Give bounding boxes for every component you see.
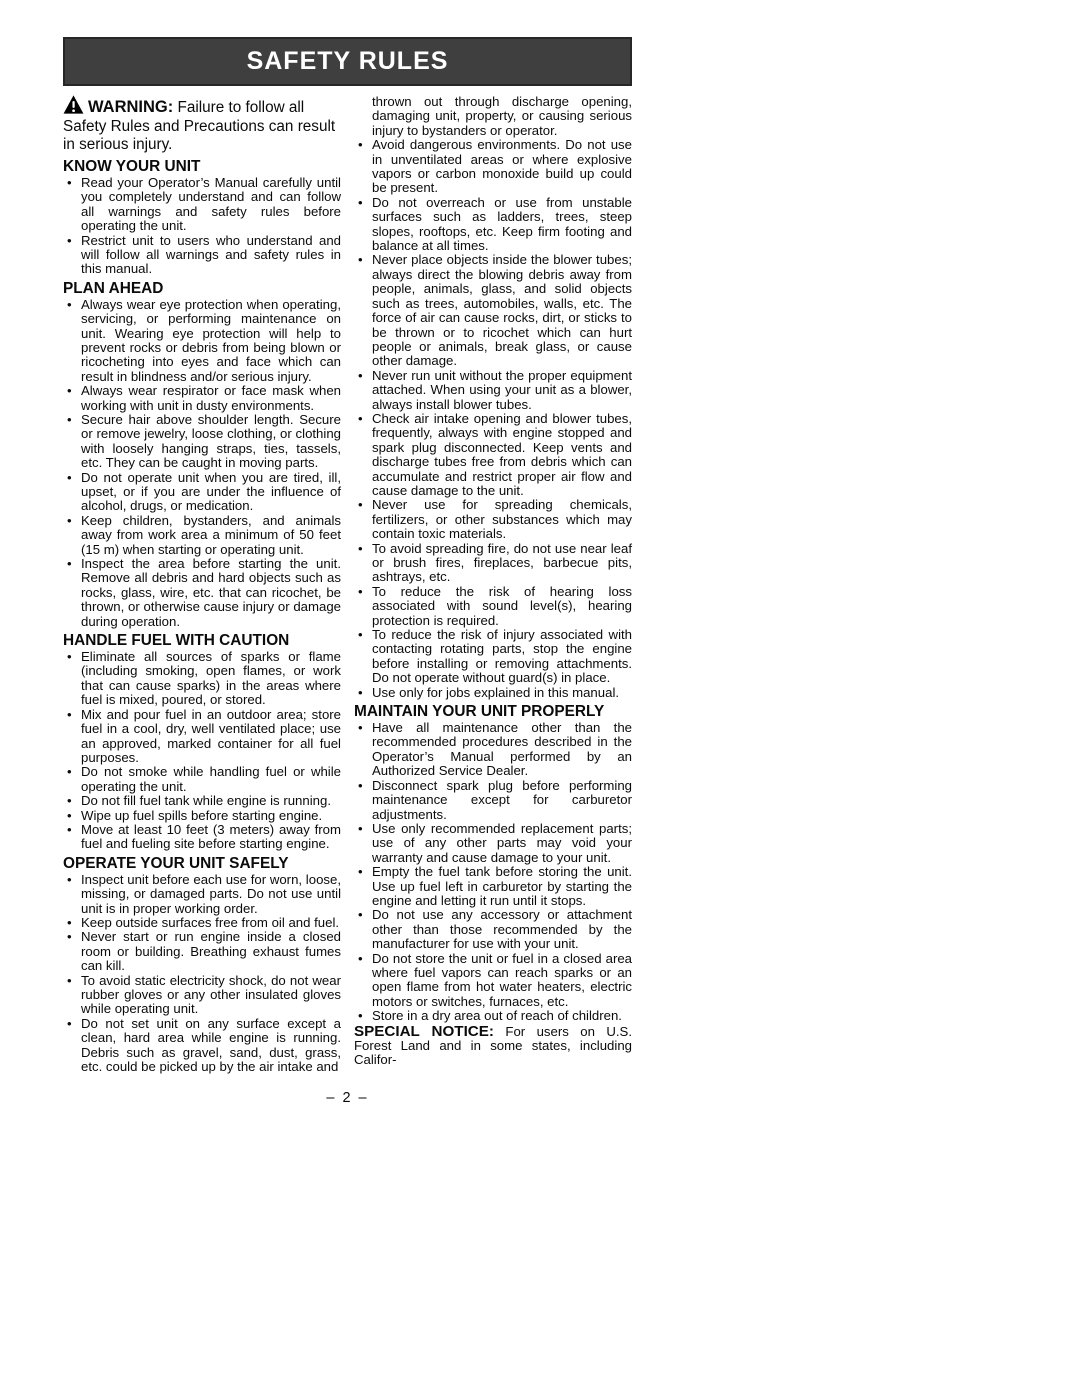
bullet-item: Disconnect spark plug before performing … <box>354 779 632 822</box>
bullet-item: Never place objects inside the blower tu… <box>354 253 632 368</box>
bullet-list: Avoid dangerous environments. Do not use… <box>354 138 632 700</box>
bullet-item: Move at least 10 feet (3 meters) away fr… <box>63 823 341 852</box>
bullet-item: Never run unit without the proper equipm… <box>354 369 632 412</box>
bullet-list: Inspect unit before each use for worn, l… <box>63 873 341 1075</box>
section-title-bar: SAFETY RULES <box>63 37 632 86</box>
bullet-item: Check air intake opening and blower tube… <box>354 412 632 498</box>
special-notice-label: SPECIAL NOTICE: <box>354 1023 494 1040</box>
bullet-item: Never start or run engine inside a close… <box>63 930 341 973</box>
bullet-item: Read your Operator’s Manual carefully un… <box>63 176 341 234</box>
bullet-item: Eliminate all sources of sparks or flame… <box>63 650 341 708</box>
continuation-paragraph: thrown out through discharge opening, da… <box>354 95 632 138</box>
bullet-item: Restrict unit to users who understand an… <box>63 234 341 277</box>
section-heading: HANDLE FUEL WITH CAUTION <box>63 632 341 649</box>
bullet-item: Do not use any accessory or attachment o… <box>354 908 632 951</box>
bullet-item: Use only for jobs explained in this manu… <box>354 686 632 700</box>
section-heading: KNOW YOUR UNIT <box>63 158 341 175</box>
bullet-item: Secure hair above shoulder length. Secur… <box>63 413 341 471</box>
bullet-list: Always wear eye protection when operatin… <box>63 298 341 629</box>
page-title: SAFETY RULES <box>247 47 449 75</box>
bullet-item: Avoid dangerous environments. Do not use… <box>354 138 632 196</box>
bullet-item: Have all maintenance other than the reco… <box>354 721 632 779</box>
warning-label: WARNING: <box>88 98 173 116</box>
bullet-list: Have all maintenance other than the reco… <box>354 721 632 1024</box>
special-notice: SPECIAL NOTICE: For users on U.S. Forest… <box>354 1025 632 1068</box>
warning-paragraph: WARNING: Failure to follow all Safety Ru… <box>63 95 341 153</box>
bullet-item: Mix and pour fuel in an outdoor area; st… <box>63 708 341 766</box>
bullet-item: To reduce the risk of hearing loss assoc… <box>354 585 632 628</box>
bullet-item: Inspect unit before each use for worn, l… <box>63 873 341 916</box>
bullet-item: Use only recommended replacement parts; … <box>354 822 632 865</box>
bullet-item: Always wear respirator or face mask when… <box>63 384 341 413</box>
bullet-item: Store in a dry area out of reach of chil… <box>354 1009 632 1023</box>
section-heading: OPERATE YOUR UNIT SAFELY <box>63 855 341 872</box>
bullet-item: To reduce the risk of injury associated … <box>354 628 632 686</box>
bullet-item: Do not set unit on any surface except a … <box>63 1017 341 1075</box>
bullet-item: To avoid spreading fire, do not use near… <box>354 542 632 585</box>
warning-triangle-icon <box>63 95 84 118</box>
bullet-item: Keep children, bystanders, and animals a… <box>63 514 341 557</box>
bullet-item: Never use for spreading chemicals, ferti… <box>354 498 632 541</box>
bullet-item: Do not fill fuel tank while engine is ru… <box>63 794 341 808</box>
bullet-item: To avoid static electricity shock, do no… <box>63 974 341 1017</box>
bullet-item: Wipe up fuel spills before starting engi… <box>63 809 341 823</box>
bullet-item: Keep outside surfaces free from oil and … <box>63 916 341 930</box>
bullet-item: Inspect the area before starting the uni… <box>63 557 341 629</box>
right-column: thrown out through discharge opening, da… <box>354 95 632 1074</box>
page-number: – 2 – <box>63 1090 632 1106</box>
bullet-item: Do not overreach or use from unstable su… <box>354 196 632 254</box>
bullet-list: Eliminate all sources of sparks or flame… <box>63 650 341 852</box>
left-column: WARNING: Failure to follow all Safety Ru… <box>63 95 341 1074</box>
section-heading: PLAN AHEAD <box>63 280 341 297</box>
section-heading: MAINTAIN YOUR UNIT PROPERLY <box>354 703 632 720</box>
bullet-item: Do not store the unit or fuel in a close… <box>354 952 632 1010</box>
page-content: SAFETY RULES WARNING: Failure to follow … <box>63 37 632 1106</box>
bullet-item: Do not smoke while handling fuel or whil… <box>63 765 341 794</box>
bullet-item: Always wear eye protection when operatin… <box>63 298 341 384</box>
bullet-list: Read your Operator’s Manual carefully un… <box>63 176 341 277</box>
manual-page: SAFETY RULES WARNING: Failure to follow … <box>0 0 1080 1397</box>
bullet-item: Empty the fuel tank before storing the u… <box>354 865 632 908</box>
bullet-item: Do not operate unit when you are tired, … <box>63 471 341 514</box>
two-column-layout: WARNING: Failure to follow all Safety Ru… <box>63 95 632 1074</box>
